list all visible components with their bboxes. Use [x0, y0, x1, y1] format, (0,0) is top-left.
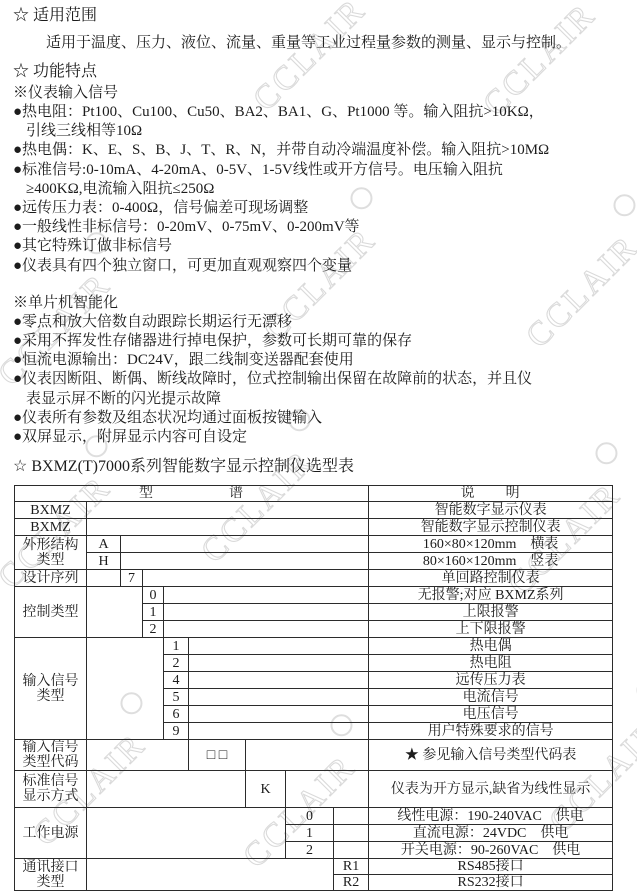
desc-cell: 上下限报警	[369, 621, 613, 638]
spectrum-empty-cell	[87, 771, 246, 808]
mcu-features-heading: ※单片机智能化	[13, 294, 613, 313]
spectrum-empty-cell	[286, 771, 369, 808]
row-label-shape-type: 外形结构 类型	[15, 536, 87, 570]
selection-table-title: ☆ BXMZ(T)7000系列智能数字显示控制仪选型表	[13, 457, 613, 477]
table-header-description: 说 明	[369, 486, 613, 502]
desc-cell: 电压信号	[369, 706, 613, 723]
spectrum-empty-cell	[87, 808, 286, 859]
code-cell: 1	[286, 825, 334, 842]
spectrum-empty-cell	[87, 859, 334, 891]
spectrum-empty-cell	[143, 570, 369, 587]
code-cell: 7	[121, 570, 143, 587]
row-label-bxmz-display: BXMZ	[15, 502, 87, 519]
feature-line: ≥400KΩ,电流输入阻抗≤250Ω	[26, 180, 613, 199]
table-header-model-spectrum: 型 谱	[15, 486, 369, 502]
spectrum-empty-cell	[189, 706, 369, 723]
desc-cell: 智能数字显示控制仪表	[369, 519, 613, 536]
spectrum-empty-cell	[87, 519, 369, 536]
feature-line: ●采用不挥发性存储器进行掉电保护，参数可长期可靠的保存	[13, 332, 613, 351]
code-cell: 5	[164, 689, 189, 706]
spectrum-empty-cell	[87, 502, 369, 519]
desc-cell: 热电偶	[369, 638, 613, 655]
feature-line: ●其它特殊订做非标信号	[13, 237, 613, 256]
document-page: CCLAIR CCLAIR CCLAIR CCLAIR CCLAIR CCLAI…	[0, 0, 637, 893]
desc-cell: 电流信号	[369, 689, 613, 706]
spectrum-empty-cell	[164, 604, 369, 621]
feature-line: ●热电阻：Pt100、Cu100、Cu50、BA2、BA1、G、Pt1000 等…	[13, 103, 613, 122]
spectrum-empty-cell	[189, 638, 369, 655]
desc-cell: 上限报警	[369, 604, 613, 621]
spectrum-empty-cell	[121, 553, 369, 570]
features-section-title: ☆ 功能特点	[13, 62, 613, 82]
row-label-bxmz-control: BXMZ	[15, 519, 87, 536]
desc-cell: 160×80×120mm 横表	[369, 536, 613, 553]
feature-line: 表显示屏不断的闪光提示故障	[26, 390, 613, 409]
feature-line: ●双屏显示，附屏显示内容可自设定	[13, 428, 613, 447]
code-cell: 2	[286, 842, 334, 859]
feature-line: ●标准信号:0-10mA、4-20mA、0-5V、1-5V线性或开方信号。电压输…	[13, 161, 613, 180]
spectrum-empty-cell	[334, 825, 369, 842]
row-label-power-supply: 工作电源	[15, 808, 87, 859]
feature-line: ●零点和放大倍数自动跟踪长期运行无漂移	[13, 313, 613, 332]
code-cell: 9	[164, 723, 189, 740]
desc-cell: 开关电源：90-260VAC 供电	[369, 842, 613, 859]
scope-description: 适用于温度、压力、液位、流量、重量等工业过程量参数的测量、显示与控制。	[46, 34, 613, 53]
code-cell: □ □	[189, 740, 246, 771]
row-label-standard-signal-display: 标准信号 显示方式	[15, 771, 87, 808]
desc-cell: 仪表为开方显示,缺省为线性显示	[369, 771, 613, 808]
feature-line: ●恒流电源输出：DC24V，跟二线制变送器配套使用	[13, 351, 613, 370]
desc-cell: 80×160×120mm 竖表	[369, 553, 613, 570]
code-cell: 0	[143, 587, 164, 604]
feature-line: ●仪表具有四个独立窗口，可更加直观观察四个变量	[13, 257, 613, 276]
desc-cell: 远传压力表	[369, 672, 613, 689]
feature-line: ●仪表所有参数及组态状况均通过面板按键输入	[13, 409, 613, 428]
code-cell: H	[87, 553, 121, 570]
row-label-design-series: 设计序列	[15, 570, 87, 587]
spectrum-empty-cell	[87, 740, 189, 771]
code-cell: 2	[143, 621, 164, 638]
code-cell: 0	[286, 808, 334, 825]
spectrum-empty-cell	[189, 689, 369, 706]
feature-line: ●一般线性非标信号：0-20mV、0-75mV、0-200mV等	[13, 218, 613, 237]
spectrum-empty-cell	[164, 621, 369, 638]
scope-section-title: ☆ 适用范围	[13, 6, 613, 26]
desc-cell: 热电阻	[369, 655, 613, 672]
row-label-input-signal-type: 输入信号 类型	[15, 638, 87, 740]
code-cell: R2	[334, 875, 369, 891]
desc-cell: 智能数字显示仪表	[369, 502, 613, 519]
desc-cell: 直流电源：24VDC 供电	[369, 825, 613, 842]
code-cell: R1	[334, 859, 369, 875]
desc-cell: 无报警;对应 BXMZ系列	[369, 587, 613, 604]
row-label-input-signal-code: 输入信号 类型代码	[15, 740, 87, 771]
desc-cell: ★ 参见输入信号类型代码表	[369, 740, 613, 771]
document-content: ☆ 适用范围 适用于温度、压力、液位、流量、重量等工业过程量参数的测量、显示与控…	[13, 6, 613, 891]
spectrum-empty-cell	[87, 587, 143, 638]
desc-cell: 线性电源：190-240VAC 供电	[369, 808, 613, 825]
code-cell: 2	[164, 655, 189, 672]
code-cell: 6	[164, 706, 189, 723]
desc-cell: RS232接口	[369, 875, 613, 891]
spectrum-empty-cell	[189, 672, 369, 689]
code-cell: K	[246, 771, 286, 808]
spectrum-empty-cell	[87, 638, 164, 740]
feature-line: ●远传压力表：0-400Ω，信号偏差可现场调整	[13, 199, 613, 218]
row-label-comm-interface: 通讯接口 类型	[15, 859, 87, 891]
spectrum-empty-cell	[334, 808, 369, 825]
spectrum-empty-cell	[87, 570, 121, 587]
spectrum-empty-cell	[246, 740, 369, 771]
spectrum-empty-cell	[189, 655, 369, 672]
selection-table: 型 谱 说 明 BXMZ 智能数字显示仪表 BXMZ 智能数字显示控制仪表 外形…	[14, 485, 613, 891]
row-label-control-type: 控制类型	[15, 587, 87, 638]
desc-cell: 单回路控制仪表	[369, 570, 613, 587]
input-signals-heading: ※仪表输入信号	[13, 84, 613, 103]
spectrum-empty-cell	[189, 723, 369, 740]
code-cell: A	[87, 536, 121, 553]
feature-line: ●仪表因断阻、断偶、断线故障时，位式控制输出保留在故障前的状态，并且仪	[13, 370, 613, 389]
code-cell: 1	[143, 604, 164, 621]
spectrum-empty-cell	[164, 587, 369, 604]
desc-cell: 用户特殊要求的信号	[369, 723, 613, 740]
desc-cell: RS485接口	[369, 859, 613, 875]
feature-line: 引线三线相等10Ω	[26, 122, 613, 141]
spectrum-empty-cell	[121, 536, 369, 553]
feature-line: ●热电偶：K、E、S、B、J、T、R、N，并带自动冷端温度补偿。输入阻抗>10M…	[13, 141, 613, 160]
code-cell: 1	[164, 638, 189, 655]
code-cell: 4	[164, 672, 189, 689]
spectrum-empty-cell	[334, 842, 369, 859]
